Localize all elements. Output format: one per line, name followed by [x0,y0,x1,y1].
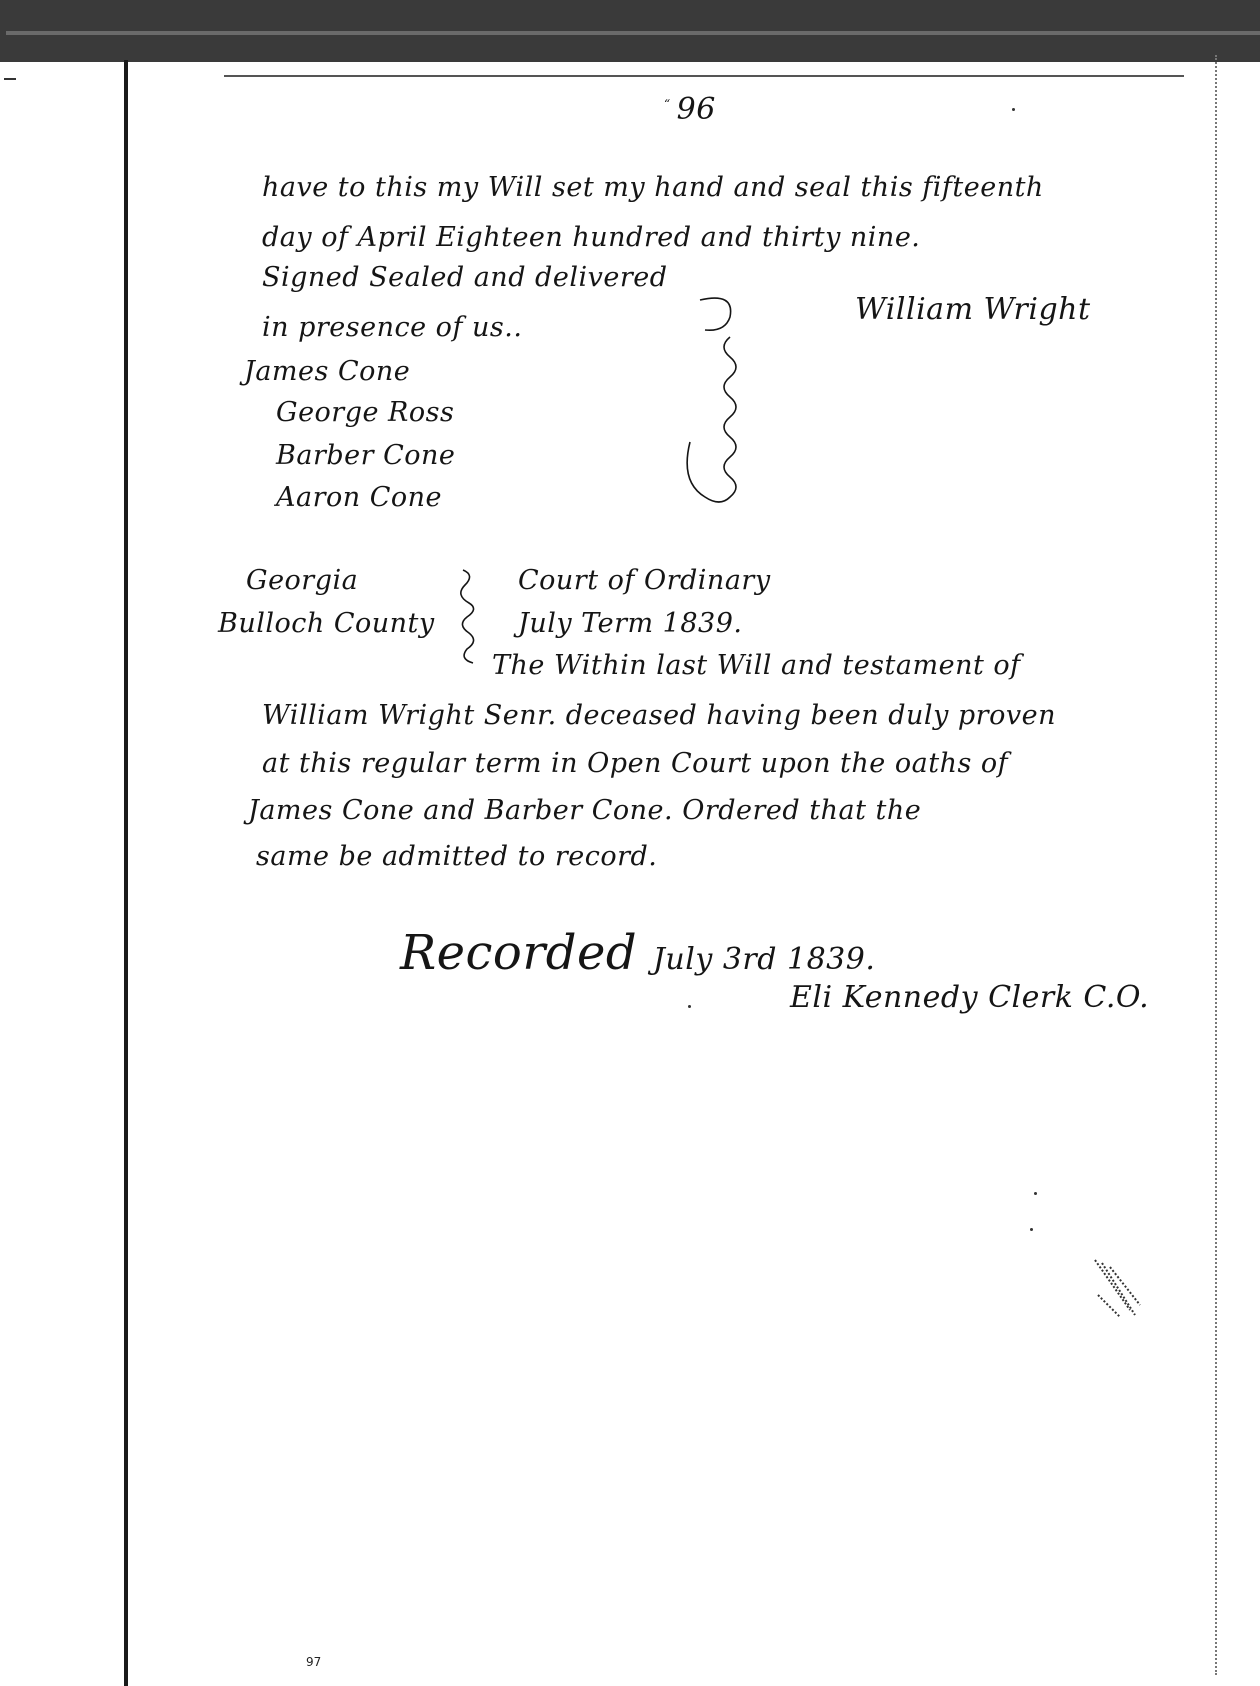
page-right-edge [1215,55,1217,1675]
caption-state: Georgia [246,565,358,596]
will-closing-line-2: day of April Eighteen hundred and thirty… [262,222,920,253]
page-top-rule [224,75,1184,77]
binding-gutter-line [124,60,128,1686]
scan-speck [688,1005,691,1008]
will-closing-line-1: have to this my Will set my hand and sea… [262,172,1044,203]
will-closing-line-3: Signed Sealed and delivered [262,262,668,293]
recorded-label: Recorded [400,925,637,981]
witness-name: James Cone [244,356,410,387]
page-number-mark: “ [664,97,671,111]
probate-line-4: James Cone and Barber Cone. Ordered that… [248,795,921,826]
page-number-value: 96 [677,92,716,127]
caption-brace-icon [455,565,495,665]
clerk-signature: Eli Kennedy Clerk C.O. [790,980,1149,1015]
ink-smudge-mark [1090,1255,1150,1330]
probate-line-2: William Wright Senr. deceased having bee… [262,700,1056,731]
scan-speck [1012,108,1015,111]
witness-name: Aaron Cone [276,482,442,513]
scan-speck [1030,1228,1033,1231]
witness-name: Barber Cone [276,440,455,471]
margin-mark [4,78,16,80]
caption-term: July Term 1839. [518,608,742,639]
scan-top-band [0,0,1260,62]
probate-line-1: The Within last Will and testament of [492,650,1021,681]
footer-page-number: 97 [306,1655,321,1669]
scan-speck [1034,1192,1037,1195]
caption-county: Bulloch County [218,608,435,639]
probate-line-5: same be admitted to record. [256,841,657,872]
seal-brace-icon [680,292,760,512]
witness-name: George Ross [276,397,454,428]
will-closing-line-4: in presence of us.. [262,312,522,343]
recorded-note: Recorded July 3rd 1839. [400,925,875,981]
recorded-date: July 3rd 1839. [653,942,875,977]
testator-signature: William Wright [855,292,1091,327]
page-number: “96 [664,92,716,127]
probate-line-3: at this regular term in Open Court upon … [262,748,1008,779]
caption-court: Court of Ordinary [518,565,771,596]
